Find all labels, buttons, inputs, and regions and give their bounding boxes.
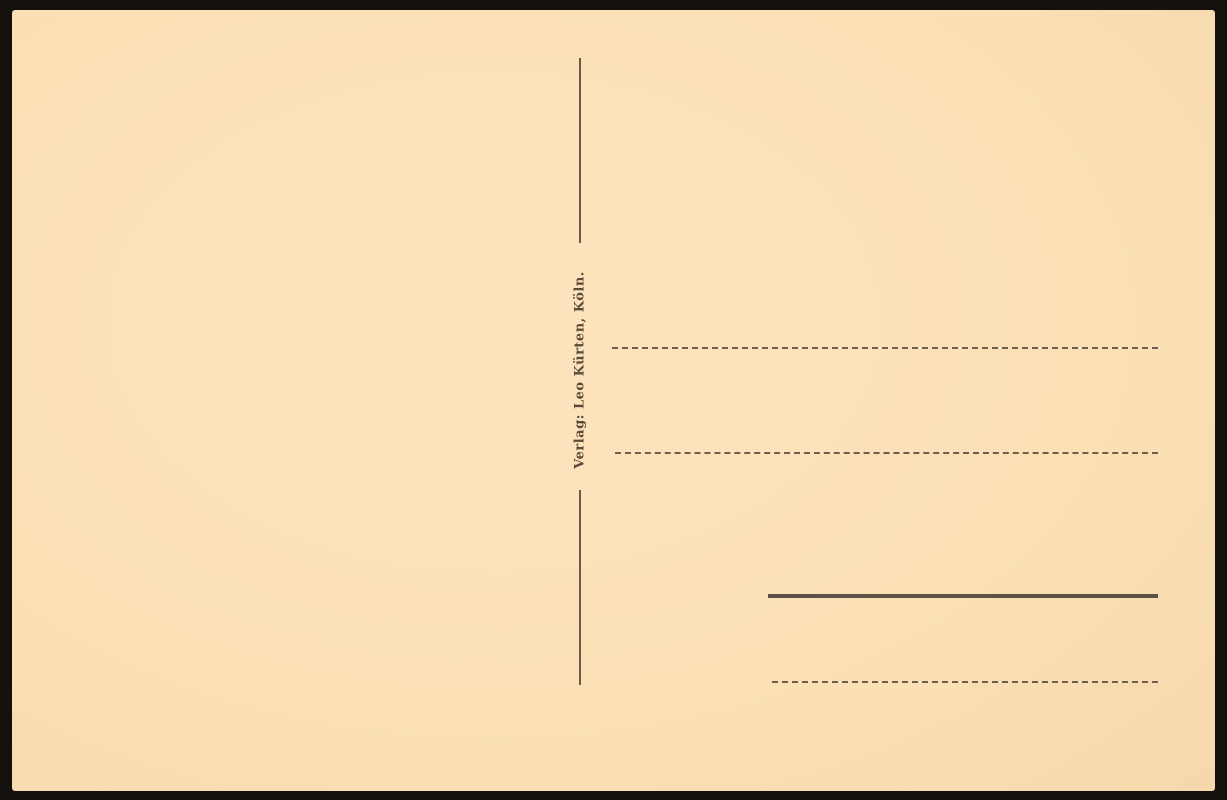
postcard-back: Verlag: Leo Kürten, Köln. <box>12 10 1215 791</box>
divider-line-top <box>579 58 581 243</box>
address-line-4 <box>772 681 1158 683</box>
address-line-3 <box>768 594 1158 598</box>
divider-line-bottom <box>579 490 581 685</box>
address-line-1 <box>612 347 1158 349</box>
address-line-2 <box>615 452 1158 454</box>
publisher-imprint: Verlag: Leo Kürten, Köln. <box>573 271 588 469</box>
